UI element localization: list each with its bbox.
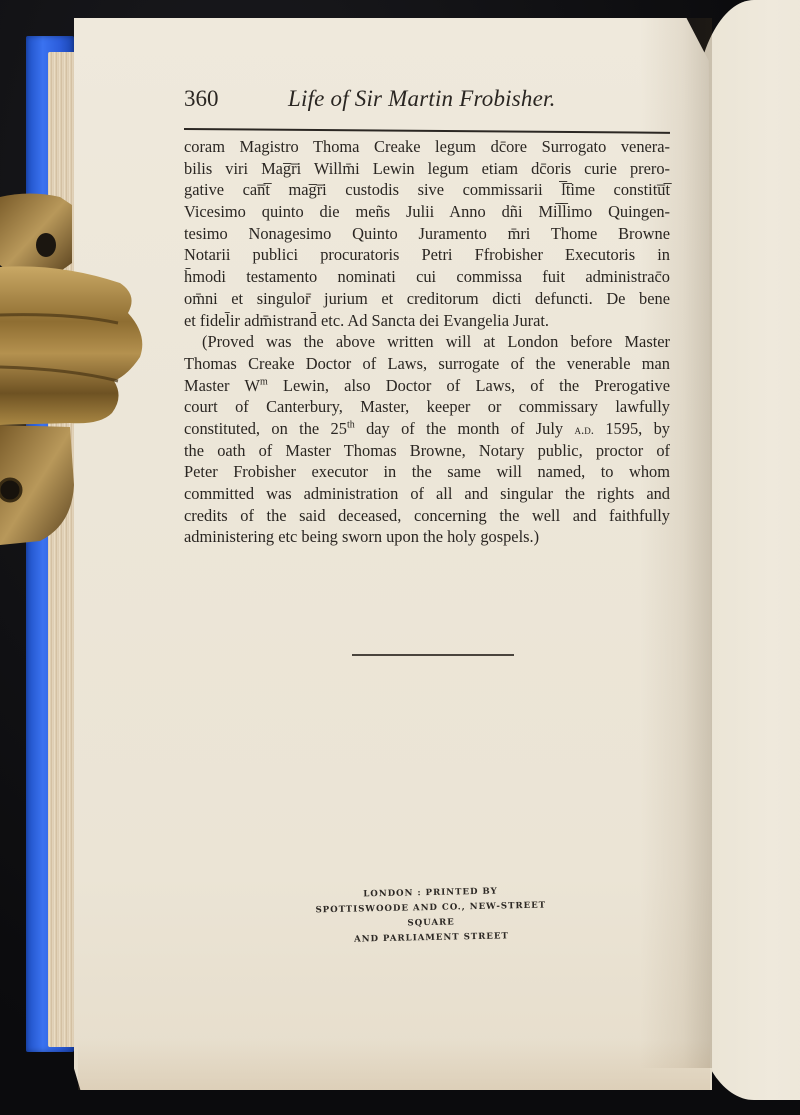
page-header: 360 Life of Sir Martin Frobisher. — [184, 86, 670, 120]
text-line: Peter Frobisher executor in the same wil… — [184, 461, 670, 483]
translation-paragraph: (Proved was the above written will at Lo… — [184, 331, 670, 548]
text-line: Vicesimo quinto die meñs Julii Anno dñi … — [184, 201, 670, 223]
text-fragment: Master W — [184, 376, 260, 395]
text-line: om̄ni et singulor̄ jurium et creditorum … — [184, 288, 670, 310]
text-fragment: constituted, on the 25 — [184, 419, 347, 438]
text-line: Thomas Creake Doctor of Laws, surrogate … — [184, 353, 670, 375]
text-line: committed was administration of all and … — [184, 483, 670, 505]
text-line: bilis viri Mag̅r̅i Willm̄i Lewin legum e… — [184, 158, 670, 180]
text-line: gative can̅t̅ mag̅r̅i custodis sive comm… — [184, 179, 670, 201]
text-line: the oath of Master Thomas Browne, Notary… — [184, 440, 670, 462]
small-caps-text: a.d. — [575, 422, 595, 437]
text-line: coram Magistro Thoma Creake legum dc̄ore… — [184, 136, 670, 158]
latin-paragraph: coram Magistro Thoma Creake legum dc̄ore… — [184, 136, 670, 331]
printer-imprint: LONDON : PRINTED BY SPOTTISWOODE AND CO.… — [295, 883, 566, 949]
text-line: tesimo Nonagesimo Quinto Juramento m̄ri … — [184, 223, 670, 245]
text-line: court of Canterbury, Master, keeper or c… — [184, 396, 670, 418]
page-number: 360 — [184, 86, 219, 112]
text-fragment: 1595, by — [594, 419, 670, 438]
text-line: (Proved was the above written will at Lo… — [184, 331, 670, 353]
text-line: administering etc being sworn upon the h… — [184, 526, 670, 548]
end-divider-rule — [352, 654, 514, 656]
text-line: constituted, on the 25th day of the mont… — [184, 418, 670, 440]
text-fragment: day of the month of July — [355, 419, 575, 438]
brass-clasp-icon — [0, 185, 150, 545]
text-line: Master Wm Lewin, also Doctor of Laws, of… — [184, 375, 670, 397]
text-line: et fidel̄ir adm̄istrand̄ etc. Ad Sancta … — [184, 310, 670, 332]
text-fragment: Lewin, also Doctor of Laws, of the Prero… — [268, 376, 670, 395]
running-title: Life of Sir Martin Frobisher. — [288, 86, 556, 112]
body-text: coram Magistro Thoma Creake legum dc̄ore… — [184, 136, 670, 548]
text-line: h̄modi testamento nominati cui commissa … — [184, 266, 670, 288]
superscript: m — [260, 376, 268, 387]
text-line: Notarii publici procuratoris Petri Ffrob… — [184, 244, 670, 266]
text-line: credits of the said deceased, concerning… — [184, 505, 670, 527]
superscript: th — [347, 419, 355, 430]
